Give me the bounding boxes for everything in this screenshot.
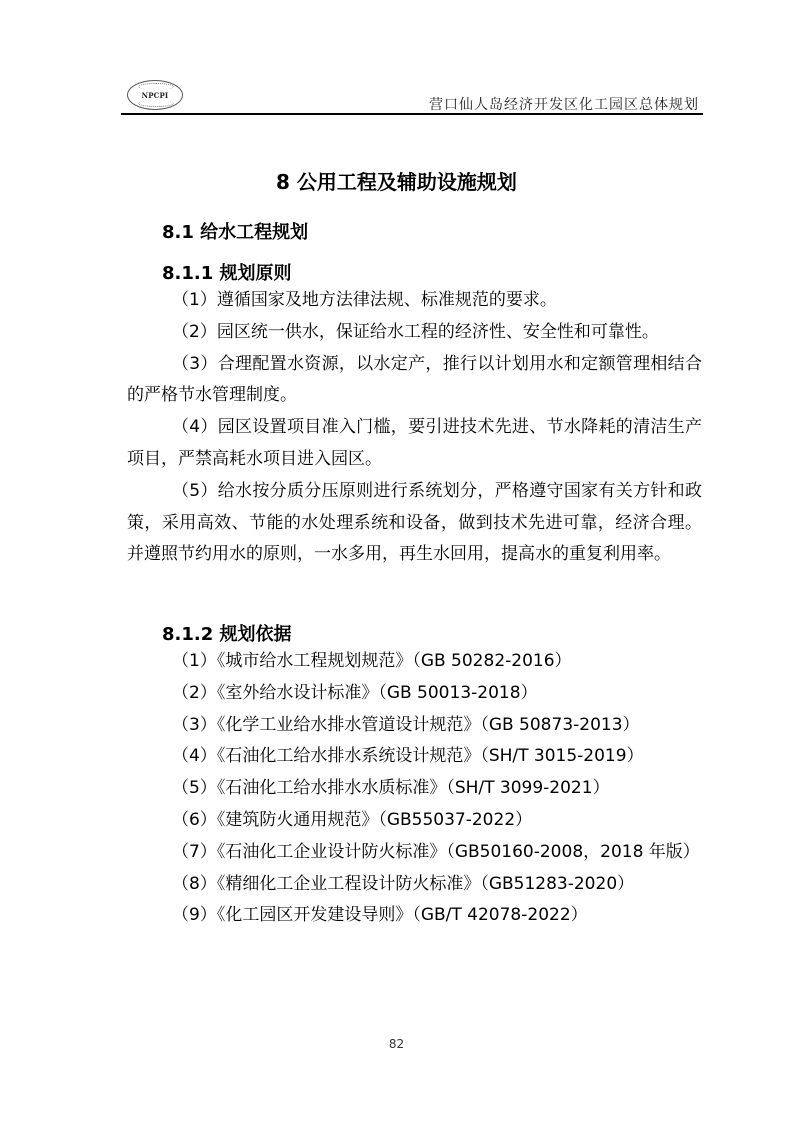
principle-3: （3）合理配置水资源，以水定产，推行以计划用水和定额管理相结合的严格节水管理制度…	[127, 349, 702, 413]
reference-8: （8）《精细化工企业工程设计防火标准》（GB51283-2020）	[127, 869, 702, 901]
document-title: 营口仙人岛经济开发区化工园区总体规划	[429, 94, 699, 114]
header-divider	[121, 113, 703, 115]
page-number: 82	[0, 1037, 793, 1051]
planning-basis-list: （1）《城市给水工程规划规范》（GB 50282-2016） （2）《室外给水设…	[127, 646, 702, 932]
chapter-title: 8 公用工程及辅助设施规划	[0, 166, 793, 195]
npcpi-logo: NPCPI	[127, 80, 183, 110]
page-header: NPCPI 营口仙人岛经济开发区化工园区总体规划	[121, 78, 703, 116]
logo-text: NPCPI	[142, 91, 169, 100]
principle-1: （1）遵循国家及地方法律法规、标准规范的要求。	[127, 285, 702, 317]
reference-9: （9）《化工园区开发建设导则》（GB/T 42078-2022）	[127, 900, 702, 932]
section-heading-8-1-2: 8.1.2 规划依据	[162, 620, 292, 646]
section-heading-8-1: 8.1 给水工程规划	[162, 218, 308, 244]
principle-4: （4）园区设置项目准入门槛，要引进技术先进、节水降耗的清洁生产项目，严禁高耗水项…	[127, 412, 702, 476]
reference-3: （3）《化学工业给水排水管道设计规范》（GB 50873-2013）	[127, 710, 702, 742]
reference-6: （6）《建筑防火通用规范》（GB55037-2022）	[127, 805, 702, 837]
principle-2: （2）园区统一供水，保证给水工程的经济性、安全性和可靠性。	[127, 317, 702, 349]
reference-1: （1）《城市给水工程规划规范》（GB 50282-2016）	[127, 646, 702, 678]
reference-2: （2）《室外给水设计标准》（GB 50013-2018）	[127, 678, 702, 710]
reference-7: （7）《石油化工企业设计防火标准》（GB50160-2008，2018 年版）	[127, 837, 702, 869]
logo-globe-arc-bottom	[138, 100, 174, 107]
reference-5: （5）《石油化工给水排水水质标准》（SH/T 3099-2021）	[127, 773, 702, 805]
planning-principles: （1）遵循国家及地方法律法规、标准规范的要求。 （2）园区统一供水，保证给水工程…	[127, 285, 702, 571]
principle-5: （5）给水按分质分压原则进行系统划分，严格遵守国家有关方针和政策，采用高效、节能…	[127, 476, 702, 571]
section-heading-8-1-1: 8.1.1 规划原则	[162, 259, 292, 285]
reference-4: （4）《石油化工给水排水系统设计规范》（SH/T 3015-2019）	[127, 741, 702, 773]
logo-globe-arc-top	[138, 83, 174, 90]
